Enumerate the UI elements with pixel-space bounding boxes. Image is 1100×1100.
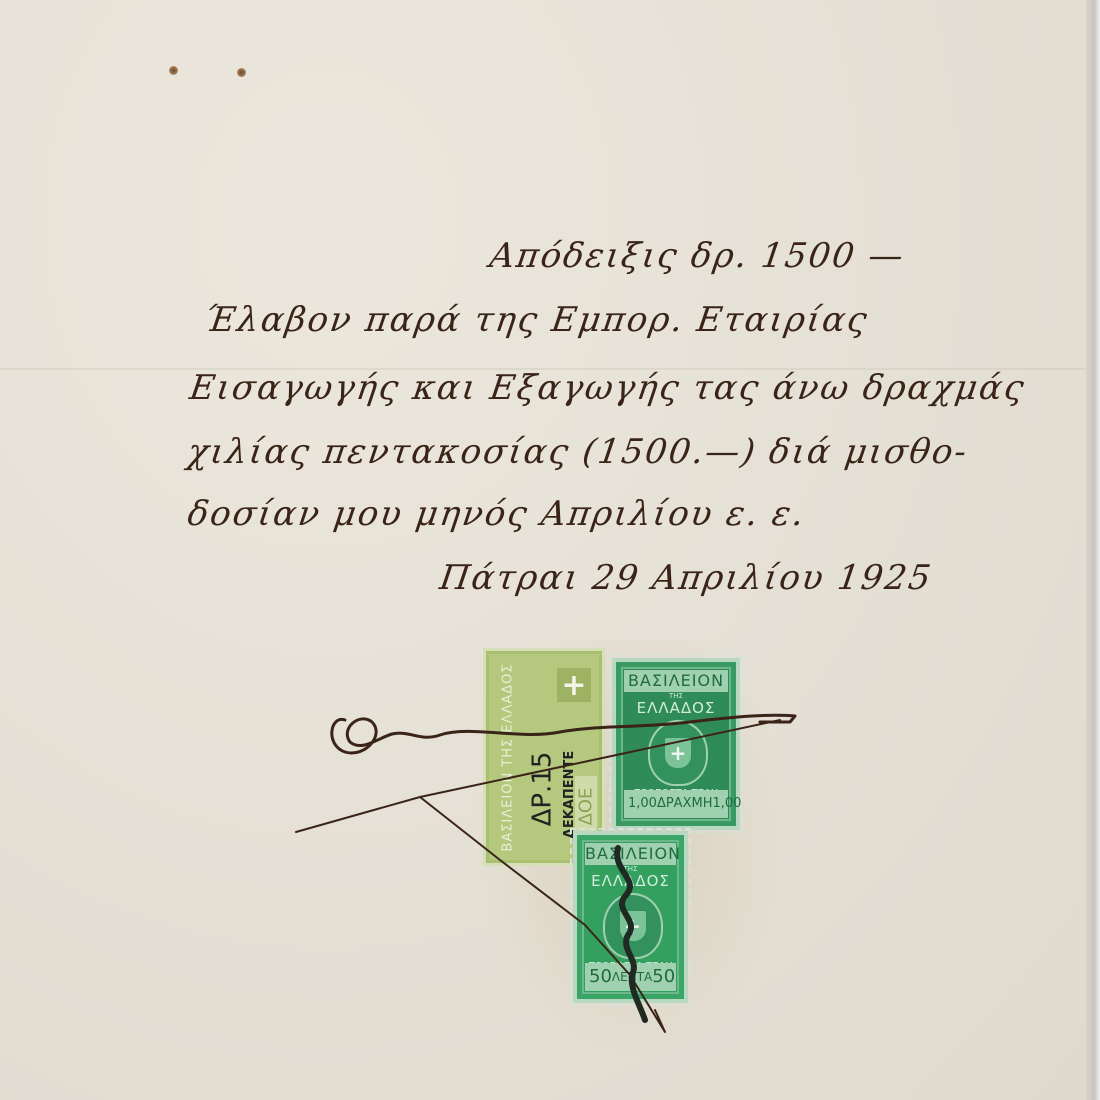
coat-of-arms-icon: +: [648, 720, 708, 786]
receipt-line: χιλίας πεντακοσίας (1500.—) διά μισθο-: [185, 432, 971, 472]
receipt-heading: Απόδειξις δρ. 1500 —: [487, 236, 907, 276]
denom-word: ΛΕΠΤΑ: [612, 963, 652, 991]
denom-left: 1,00: [628, 790, 657, 818]
punch-hole: [169, 66, 178, 75]
stamp-country-text: ΒΑΣΙΛΕΙΟΝ ΤΗΣ ΕΛΛΑΔΟΣ: [501, 663, 516, 851]
greek-cross-icon: +: [665, 738, 691, 768]
stamp-denomination: 1,00 ΔΡΑΧΜΗ 1,00: [624, 790, 728, 818]
greek-cross-icon: +: [557, 668, 591, 702]
stamp-title: ΒΑΣΙΛΕΙΟΝ: [585, 843, 676, 865]
denom-right: 50: [652, 963, 675, 991]
stamp-tab-text: ΔΟΕ: [576, 787, 597, 825]
stamp-country: ΕΛΛΑΔΟΣ: [591, 872, 670, 890]
denom-right: 1,00: [712, 790, 741, 818]
coat-of-arms-icon: +: [603, 893, 663, 959]
paper-edge: [1086, 0, 1100, 1100]
receipt-line: δοσίαν μου μηνός Απριλίου ε. ε.: [185, 494, 808, 534]
denom-word: ΔΡΑΧΜΗ: [657, 790, 713, 818]
denom-left: 50: [589, 963, 612, 991]
greek-cross-icon: +: [620, 911, 646, 941]
stamp-denomination: 50 ΛΕΠΤΑ 50: [585, 963, 676, 991]
receipt-line: Έλαβον παρά της Εμπορ. Εταιρίας: [202, 300, 871, 340]
stamp-value: ΔΡ.15: [527, 752, 557, 827]
revenue-stamp-50-lepta: ΒΑΣΙΛΕΙΟΝ ΤΗΣ ΕΛΛΑΔΟΣ + ΠΡΟΣΘΕΤΑ ΤΕΛΗ 50…: [573, 831, 688, 1003]
stamp-title: ΒΑΣΙΛΕΙΟΝ: [624, 670, 728, 692]
receipt-line: Εισαγωγής και Εξαγωγής τας άνω δραχμάς: [187, 368, 1028, 408]
place-date: Πάτραι 29 Απριλίου 1925: [437, 558, 935, 598]
stamp-country: ΕΛΛΑΔΟΣ: [630, 699, 722, 717]
punch-hole: [237, 68, 246, 77]
revenue-stamp-1-drachma: ΒΑΣΙΛΕΙΟΝ ΤΗΣ ΕΛΛΑΔΟΣ + ΠΡΟΣΘΕΤΑ ΤΕΛΗ 1,…: [612, 658, 740, 830]
